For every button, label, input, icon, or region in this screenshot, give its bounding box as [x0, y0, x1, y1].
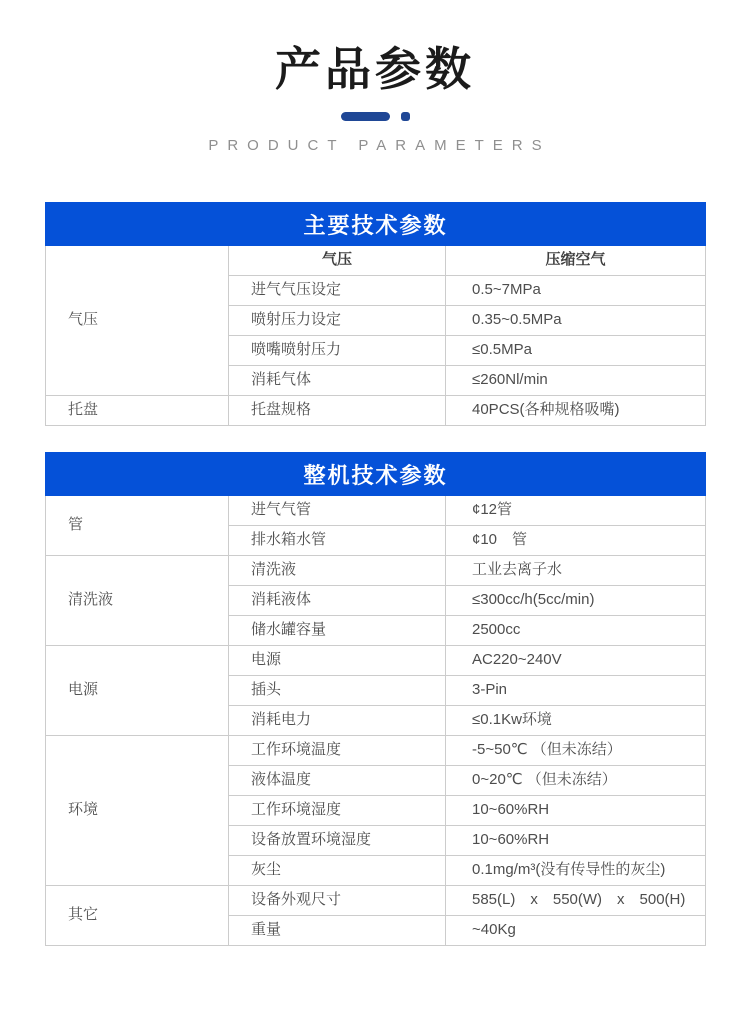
value-cell: 40PCS(各种规格吸嘴): [446, 396, 706, 426]
value-cell: ¢10 管: [446, 526, 706, 556]
machine-tech-params-table: 整机技术参数 管 进气气管 ¢12管 排水箱水管 ¢10 管 清洗液 清洗液 工…: [45, 452, 706, 946]
value-cell: ¢12管: [446, 496, 706, 526]
table-title-bar: 主要技术参数: [46, 203, 706, 246]
value-cell: ≤300cc/h(5cc/min): [446, 586, 706, 616]
spec-tables-section: 主要技术参数 气压 气压 压缩空气 进气气压设定 0.5~7MPa 喷射压力设定…: [45, 202, 705, 946]
table-row: 气压 气压 压缩空气: [46, 246, 706, 276]
param-cell: 清洗液: [229, 556, 446, 586]
value-cell: 工业去离子水: [446, 556, 706, 586]
table-row: 电源 电源 AC220~240V: [46, 646, 706, 676]
table-title-bar: 整机技术参数: [46, 453, 706, 496]
param-cell: 排水箱水管: [229, 526, 446, 556]
value-cell: 10~60%RH: [446, 826, 706, 856]
param-cell: 插头: [229, 676, 446, 706]
table-row: 环境 工作环境温度 -5~50℃ （但未冻结）: [46, 736, 706, 766]
param-cell: 电源: [229, 646, 446, 676]
param-cell: 喷嘴喷射压力: [229, 336, 446, 366]
page-header: 产品参数 PRODUCT PARAMETERS: [0, 0, 750, 154]
table-row: 管 进气气管 ¢12管: [46, 496, 706, 526]
param-cell: 设备放置环境湿度: [229, 826, 446, 856]
value-cell: ≤0.5MPa: [446, 336, 706, 366]
param-cell: 设备外观尺寸: [229, 886, 446, 916]
value-cell: 0.35~0.5MPa: [446, 306, 706, 336]
group-label-cell: 其它: [46, 886, 229, 946]
param-cell: 消耗气体: [229, 366, 446, 396]
title-underline: [0, 112, 750, 121]
group-label-cell: 电源: [46, 646, 229, 736]
param-cell: 消耗电力: [229, 706, 446, 736]
value-cell: 585(L) x 550(W) x 500(H): [446, 886, 706, 916]
product-parameters-page: 产品参数 PRODUCT PARAMETERS 主要技术参数 气压 气压 压缩空…: [0, 0, 750, 1010]
main-tech-params-table: 主要技术参数 气压 气压 压缩空气 进气气压设定 0.5~7MPa 喷射压力设定…: [45, 202, 706, 426]
value-cell: 2500cc: [446, 616, 706, 646]
group-label-cell: 气压: [46, 246, 229, 396]
page-subtitle: PRODUCT PARAMETERS: [0, 137, 750, 154]
param-cell: 消耗液体: [229, 586, 446, 616]
param-cell: 托盘规格: [229, 396, 446, 426]
table-header-row: 整机技术参数: [46, 453, 706, 496]
group-label-cell: 托盘: [46, 396, 229, 426]
param-cell: 进气气管: [229, 496, 446, 526]
param-cell: 喷射压力设定: [229, 306, 446, 336]
value-cell: 0.1mg/m³(没有传导性的灰尘): [446, 856, 706, 886]
value-cell: -5~50℃ （但未冻结）: [446, 736, 706, 766]
page-title: 产品参数: [0, 38, 750, 100]
value-cell: 0.5~7MPa: [446, 276, 706, 306]
param-cell: 重量: [229, 916, 446, 946]
underline-dash-icon: [341, 112, 390, 121]
value-cell: ≤260Nl/min: [446, 366, 706, 396]
group-label-cell: 清洗液: [46, 556, 229, 646]
param-cell: 液体温度: [229, 766, 446, 796]
table-header-row: 主要技术参数: [46, 203, 706, 246]
group-label-cell: 环境: [46, 736, 229, 886]
value-cell: 3-Pin: [446, 676, 706, 706]
value-cell: ≤0.1Kw环境: [446, 706, 706, 736]
table-row: 清洗液 清洗液 工业去离子水: [46, 556, 706, 586]
param-cell: 灰尘: [229, 856, 446, 886]
table-row: 托盘 托盘规格 40PCS(各种规格吸嘴): [46, 396, 706, 426]
param-cell: 进气气压设定: [229, 276, 446, 306]
param-cell: 工作环境湿度: [229, 796, 446, 826]
column-header-cell: 压缩空气: [446, 246, 706, 276]
value-cell: 10~60%RH: [446, 796, 706, 826]
column-header-cell: 气压: [229, 246, 446, 276]
group-label-cell: 管: [46, 496, 229, 556]
underline-dot-icon: [401, 112, 410, 121]
table-row: 其它 设备外观尺寸 585(L) x 550(W) x 500(H): [46, 886, 706, 916]
value-cell: AC220~240V: [446, 646, 706, 676]
value-cell: ~40Kg: [446, 916, 706, 946]
param-cell: 工作环境温度: [229, 736, 446, 766]
param-cell: 储水罐容量: [229, 616, 446, 646]
value-cell: 0~20℃ （但未冻结）: [446, 766, 706, 796]
